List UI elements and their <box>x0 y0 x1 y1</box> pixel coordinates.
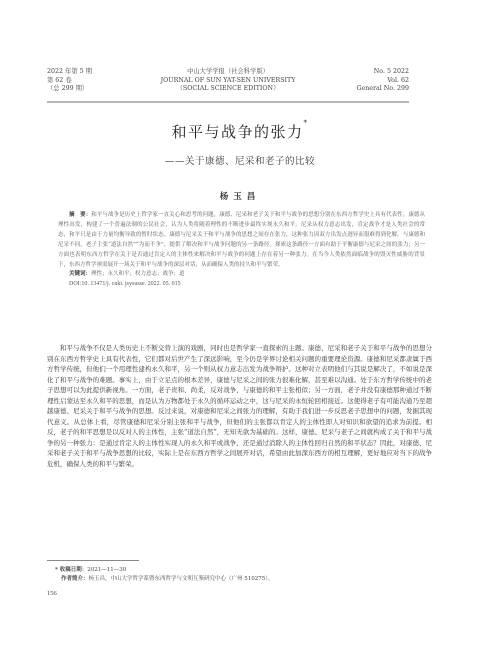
journal-name-en: JOURNAL OF SUN YAT-SEN UNIVERSITY <box>47 77 409 86</box>
abstract-section: 摘 要：和平与战争是历史上哲学家一直关心和思考的问题。康德、尼采和老子关于和平与… <box>58 211 425 290</box>
volume-en: Vol. 62 <box>356 77 409 86</box>
body-section: 和平与战争不仅是人类历史上不断交替上演的戏剧，同时也是哲学家一直探索的主题。康德… <box>47 343 432 470</box>
abstract-paragraph: 摘 要：和平与战争是历史上哲学家一直关心和思考的问题。康德、尼采和老子关于和平与… <box>58 211 425 270</box>
page-number: 156 <box>47 590 57 597</box>
received-date-note: * 收稿日期：2021—11—30 <box>47 566 427 575</box>
author-info: 杨玉昌，中山大学哲学系暨东西哲学与文明互鉴研究中心（广州 510275）。 <box>89 576 274 582</box>
issue-info-en: No. 5 2022 Vol. 62 General No. 299 <box>356 68 409 94</box>
title-text: 和平与战争的张力 <box>171 123 303 141</box>
received-label: * 收稿日期： <box>55 567 87 573</box>
footnotes: * 收稿日期：2021—11—30 作者简介：杨玉昌，中山大学哲学系暨东西哲学与… <box>47 566 427 584</box>
article-title: 和平与战争的张力* <box>0 121 480 142</box>
journal-name-cn: 中山大学学报（社会科学版） <box>47 68 409 77</box>
received-date: 2021—11—30 <box>87 567 126 573</box>
abstract-label: 摘 要： <box>69 212 91 218</box>
author-info-label: 作者简介： <box>61 576 89 582</box>
journal-edition: （SOCIAL SCIENCE EDITION） <box>47 85 409 94</box>
general-number-en: General No. 299 <box>356 85 409 94</box>
doi-line: DOI:10. 13471/j. cnki. jsysusse. 2022. 0… <box>58 280 425 290</box>
article-author: 杨玉昌 <box>0 190 480 202</box>
abstract-text: 和平与战争是历史上哲学家一直关心和思考的问题。康德、尼采和老子关于和平与战争的思… <box>58 212 425 268</box>
author-note: 作者简介：杨玉昌，中山大学哲学系暨东西哲学与文明互鉴研究中心（广州 510275… <box>47 575 427 584</box>
footnote-rule <box>47 560 139 561</box>
title-footnote-marker: * <box>304 119 309 127</box>
keywords-text: 理性；永久和平；权力意志；战争；道 <box>91 271 185 277</box>
header-rule <box>47 101 409 103</box>
issue-number-en: No. 5 2022 <box>356 68 409 77</box>
journal-name: 中山大学学报（社会科学版） JOURNAL OF SUN YAT-SEN UNI… <box>47 68 409 94</box>
keywords-label: 关键词： <box>69 271 91 277</box>
keywords-line: 关键词：理性；永久和平；权力意志；战争；道 <box>58 270 425 280</box>
article-subtitle: ——关于康德、尼采和老子的比较 <box>0 153 480 167</box>
body-paragraph: 和平与战争不仅是人类历史上不断交替上演的戏剧，同时也是哲学家一直探索的主题。康德… <box>47 343 432 470</box>
